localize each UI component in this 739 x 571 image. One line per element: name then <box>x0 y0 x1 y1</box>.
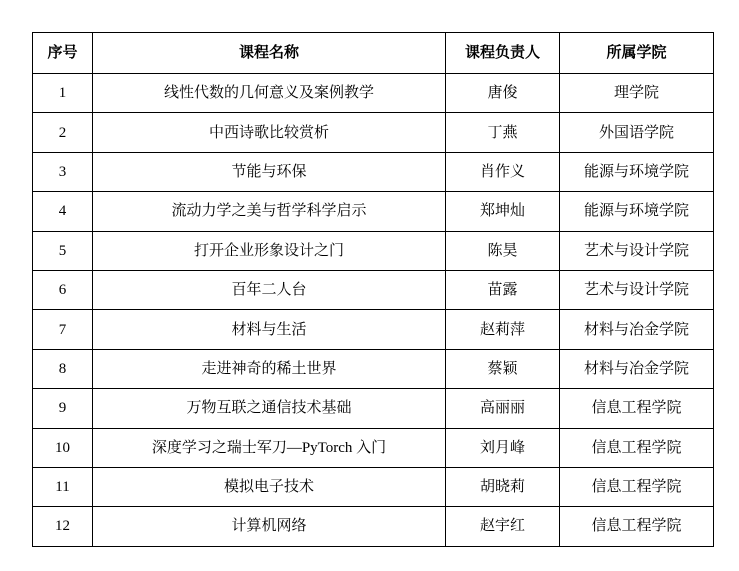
cell-leader: 赵宇红 <box>446 507 560 546</box>
cell-course: 材料与生活 <box>93 310 446 349</box>
cell-college: 外国语学院 <box>560 113 714 152</box>
cell-leader: 唐俊 <box>446 74 560 113</box>
cell-leader: 郑坤灿 <box>446 192 560 231</box>
cell-leader: 赵莉萍 <box>446 310 560 349</box>
cell-college: 理学院 <box>560 74 714 113</box>
cell-index: 3 <box>33 152 93 191</box>
table-row: 12计算机网络赵宇红信息工程学院 <box>33 507 714 546</box>
cell-college: 信息工程学院 <box>560 389 714 428</box>
table-row: 10深度学习之瑞士军刀—PyTorch 入门刘月峰信息工程学院 <box>33 428 714 467</box>
header-row: 序号 课程名称 课程负责人 所属学院 <box>33 33 714 74</box>
col-header-course: 课程名称 <box>93 33 446 74</box>
table-row: 2中西诗歌比较赏析丁燕外国语学院 <box>33 113 714 152</box>
cell-course: 打开企业形象设计之门 <box>93 231 446 270</box>
cell-college: 信息工程学院 <box>560 428 714 467</box>
col-header-leader: 课程负责人 <box>446 33 560 74</box>
table-row: 5打开企业形象设计之门陈昊艺术与设计学院 <box>33 231 714 270</box>
cell-index: 11 <box>33 467 93 506</box>
cell-leader: 高丽丽 <box>446 389 560 428</box>
cell-college: 艺术与设计学院 <box>560 231 714 270</box>
col-header-college: 所属学院 <box>560 33 714 74</box>
cell-college: 能源与环境学院 <box>560 152 714 191</box>
cell-course: 流动力学之美与哲学科学启示 <box>93 192 446 231</box>
cell-college: 艺术与设计学院 <box>560 270 714 309</box>
table-header: 序号 课程名称 课程负责人 所属学院 <box>33 33 714 74</box>
table-body: 1线性代数的几何意义及案例教学唐俊理学院2中西诗歌比较赏析丁燕外国语学院3节能与… <box>33 74 714 547</box>
table-row: 6百年二人台苗露艺术与设计学院 <box>33 270 714 309</box>
cell-course: 模拟电子技术 <box>93 467 446 506</box>
col-header-index: 序号 <box>33 33 93 74</box>
cell-leader: 刘月峰 <box>446 428 560 467</box>
cell-college: 能源与环境学院 <box>560 192 714 231</box>
table-row: 7材料与生活赵莉萍材料与冶金学院 <box>33 310 714 349</box>
cell-leader: 胡晓莉 <box>446 467 560 506</box>
cell-index: 10 <box>33 428 93 467</box>
cell-index: 8 <box>33 349 93 388</box>
cell-leader: 丁燕 <box>446 113 560 152</box>
table-row: 9万物互联之通信技术基础高丽丽信息工程学院 <box>33 389 714 428</box>
table-row: 1线性代数的几何意义及案例教学唐俊理学院 <box>33 74 714 113</box>
cell-index: 1 <box>33 74 93 113</box>
cell-college: 材料与冶金学院 <box>560 349 714 388</box>
cell-index: 12 <box>33 507 93 546</box>
table-row: 11模拟电子技术胡晓莉信息工程学院 <box>33 467 714 506</box>
table-row: 4流动力学之美与哲学科学启示郑坤灿能源与环境学院 <box>33 192 714 231</box>
cell-course: 计算机网络 <box>93 507 446 546</box>
course-table-container: 序号 课程名称 课程负责人 所属学院 1线性代数的几何意义及案例教学唐俊理学院2… <box>32 32 714 547</box>
cell-course: 深度学习之瑞士军刀—PyTorch 入门 <box>93 428 446 467</box>
course-list-table: 序号 课程名称 课程负责人 所属学院 1线性代数的几何意义及案例教学唐俊理学院2… <box>32 32 714 547</box>
cell-course: 百年二人台 <box>93 270 446 309</box>
cell-index: 7 <box>33 310 93 349</box>
cell-course: 走进神奇的稀土世界 <box>93 349 446 388</box>
cell-leader: 肖作义 <box>446 152 560 191</box>
cell-course: 万物互联之通信技术基础 <box>93 389 446 428</box>
table-row: 8走进神奇的稀土世界蔡颖材料与冶金学院 <box>33 349 714 388</box>
table-row: 3节能与环保肖作义能源与环境学院 <box>33 152 714 191</box>
cell-college: 材料与冶金学院 <box>560 310 714 349</box>
cell-leader: 陈昊 <box>446 231 560 270</box>
cell-course: 线性代数的几何意义及案例教学 <box>93 74 446 113</box>
cell-leader: 蔡颖 <box>446 349 560 388</box>
cell-index: 2 <box>33 113 93 152</box>
cell-course: 中西诗歌比较赏析 <box>93 113 446 152</box>
cell-index: 5 <box>33 231 93 270</box>
cell-college: 信息工程学院 <box>560 467 714 506</box>
cell-college: 信息工程学院 <box>560 507 714 546</box>
cell-course: 节能与环保 <box>93 152 446 191</box>
cell-leader: 苗露 <box>446 270 560 309</box>
cell-index: 4 <box>33 192 93 231</box>
cell-index: 9 <box>33 389 93 428</box>
cell-index: 6 <box>33 270 93 309</box>
